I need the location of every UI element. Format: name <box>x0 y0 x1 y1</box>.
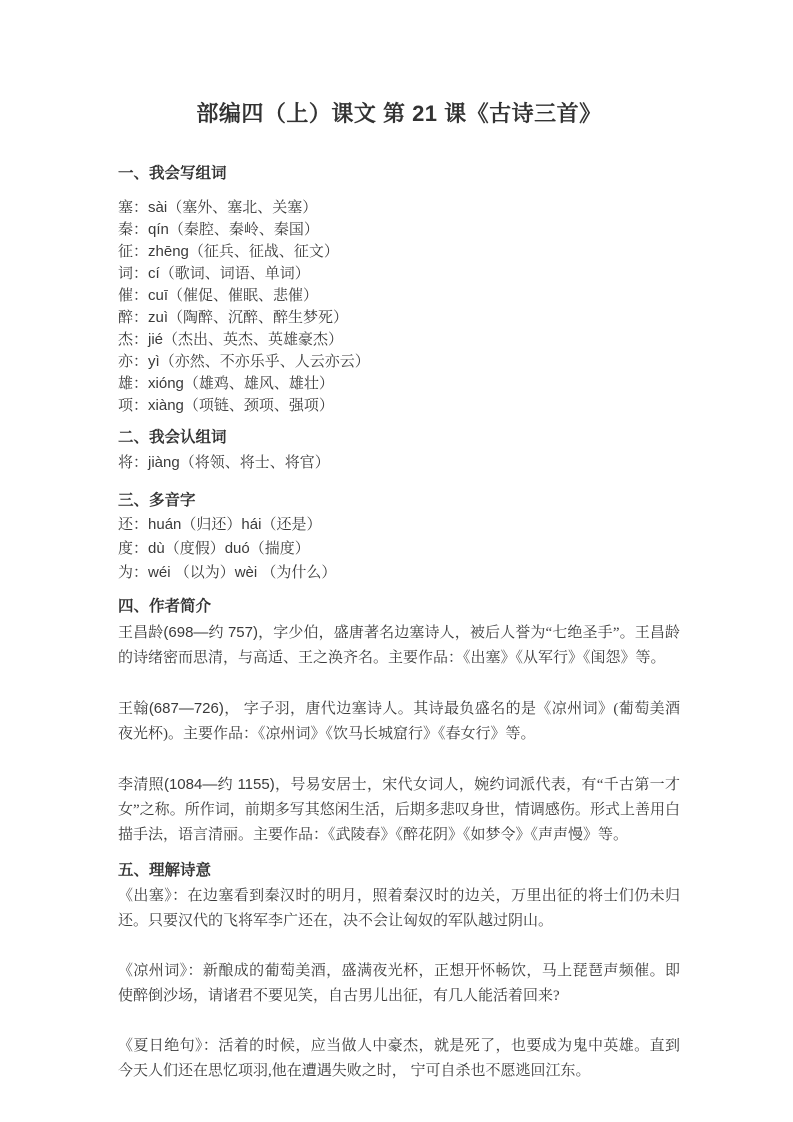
entry-pinyin: zhēng <box>148 243 189 260</box>
entry-pinyin: huán <box>148 516 181 533</box>
section-heading: 四、作者简介 <box>118 596 680 617</box>
entry-char: 还： <box>118 517 148 533</box>
author-name: 王翰 <box>118 701 149 717</box>
entry-char: 词： <box>118 266 148 282</box>
word-entry: 秦：qín（秦腔、秦岭、秦国） <box>118 219 680 241</box>
author-name: 王昌龄 <box>118 625 163 641</box>
author-dates: (687—726) <box>149 700 224 717</box>
entry-words: （项链、颈项、强项） <box>184 398 334 414</box>
word-entry: 词：cí（歌词、词语、单词） <box>118 263 680 285</box>
entry-pinyin: qín <box>148 221 169 238</box>
entry-pinyin: xiàng <box>148 397 184 414</box>
entry-char: 催： <box>118 288 148 304</box>
entry-char: 杰： <box>118 332 148 348</box>
entry-words: （将领、将士、将官） <box>180 455 330 471</box>
section-heading: 二、我会认组词 <box>118 427 680 448</box>
entry-pinyin: dù <box>148 540 165 557</box>
section-write-words: 一、我会写组词 塞：sài（塞外、塞北、关塞） 秦：qín（秦腔、秦岭、秦国） … <box>118 163 680 417</box>
entry-pinyin: cí <box>148 265 160 282</box>
author-name: 李清照 <box>118 777 164 793</box>
entry-char: 塞： <box>118 200 148 216</box>
entry-words: （雄鸡、雄风、雄壮） <box>184 376 334 392</box>
section-heading: 三、多音字 <box>118 490 680 511</box>
entry-pinyin: jié <box>148 331 163 348</box>
entry-words: （塞外、塞北、关塞） <box>167 200 317 216</box>
word-entry-list: 将：jiàng（将领、将士、将官） <box>118 452 680 474</box>
entry-pinyin: zuì <box>148 309 168 326</box>
poem-meaning-paragraph: 《出塞》：在边塞看到秦汉时的明月，照着秦汉时的边关，万里出征的将士们仍未归还。只… <box>118 884 680 934</box>
entry-char: 秦： <box>118 222 148 238</box>
word-entry: 亦：yì（亦然、不亦乐乎、人云亦云） <box>118 351 680 373</box>
word-entry: 塞：sài（塞外、塞北、关塞） <box>118 197 680 219</box>
word-entry-list: 还：huán（归还）hái（还是） 度：dù（度假）duó（揣度） 为：wéi … <box>118 513 680 585</box>
entry-pinyin: wéi <box>148 564 175 581</box>
section-poem-meanings: 五、理解诗意 《出塞》：在边塞看到秦汉时的明月，照着秦汉时的边关，万里出征的将士… <box>118 860 680 1084</box>
entry-char: 征： <box>118 244 148 260</box>
section-heading: 一、我会写组词 <box>118 163 680 184</box>
polyphone-entry: 度：dù（度假）duó（揣度） <box>118 537 680 561</box>
entry-words: （还是） <box>261 517 321 533</box>
entry-char: 亦： <box>118 354 148 370</box>
entry-pinyin: duó <box>225 540 250 557</box>
entry-pinyin: jiàng <box>148 454 180 471</box>
entry-words: （征兵、征战、征文） <box>189 244 339 260</box>
author-paragraph: 王翰(687—726)， 字子羽，唐代边塞诗人。其诗最负盛名的是《凉州词》(葡萄… <box>118 696 680 747</box>
entry-pinyin: xióng <box>148 375 184 392</box>
entry-words: （揣度） <box>250 541 310 557</box>
entry-words: （秦腔、秦岭、秦国） <box>169 222 319 238</box>
word-entry: 杰：jié（杰出、英杰、英雄豪杰） <box>118 329 680 351</box>
entry-pinyin: hái <box>241 516 261 533</box>
entry-pinyin: yì <box>148 353 160 370</box>
word-entry: 将：jiàng（将领、将士、将官） <box>118 452 680 474</box>
entry-char: 项： <box>118 398 148 414</box>
poem-meaning-paragraph: 《夏日绝句》：活着的时候，应当做人中豪杰，就是死了，也要成为鬼中英雄。直到今天人… <box>118 1034 680 1084</box>
word-entry: 催：cuī（催促、催眠、悲催） <box>118 285 680 307</box>
section-recognize-words: 二、我会认组词 将：jiàng（将领、将士、将官） <box>118 427 680 474</box>
word-entry: 雄：xióng（雄鸡、雄风、雄壮） <box>118 373 680 395</box>
author-paragraph: 李清照(1084—约 1155)，号易安居士，宋代女词人，婉约词派代表，有“千古… <box>118 772 680 848</box>
entry-char: 雄： <box>118 376 148 392</box>
entry-words: （杰出、英杰、英雄豪杰） <box>163 332 343 348</box>
author-paragraph: 王昌龄(698—约 757)，字少伯，盛唐著名边塞诗人，被后人誉为“七绝圣手”。… <box>118 620 680 671</box>
polyphone-entry: 为：wéi （以为）wèi （为什么） <box>118 561 680 585</box>
word-entry-list: 塞：sài（塞外、塞北、关塞） 秦：qín（秦腔、秦岭、秦国） 征：zhēng（… <box>118 197 680 417</box>
section-author-bios: 四、作者简介 王昌龄(698—约 757)，字少伯，盛唐著名边塞诗人，被后人誉为… <box>118 596 680 848</box>
entry-words: （催促、催眠、悲催） <box>168 288 318 304</box>
entry-words: （歌词、词语、单词） <box>160 266 310 282</box>
entry-pinyin: cuī <box>148 287 168 304</box>
section-heading: 五、理解诗意 <box>118 860 680 881</box>
entry-pinyin: wèi <box>235 564 262 581</box>
entry-words: （亦然、不亦乐乎、人云亦云） <box>160 354 370 370</box>
author-dates: (1084—约 1155) <box>164 776 275 793</box>
entry-words: （以为） <box>175 565 235 581</box>
entry-words: （为什么） <box>261 565 336 581</box>
entry-words: （归还） <box>181 517 241 533</box>
entry-char: 为： <box>118 565 148 581</box>
document-page: 部编四（上）课文 第 21 课《古诗三首》 一、我会写组词 塞：sài（塞外、塞… <box>0 0 793 1122</box>
author-dates: (698—约 757) <box>163 624 258 641</box>
word-entry: 征：zhēng（征兵、征战、征文） <box>118 241 680 263</box>
entry-char: 度： <box>118 541 148 557</box>
polyphone-entry: 还：huán（归还）hái（还是） <box>118 513 680 537</box>
word-entry: 项：xiàng（项链、颈项、强项） <box>118 395 680 417</box>
page-title: 部编四（上）课文 第 21 课《古诗三首》 <box>118 99 680 129</box>
section-polyphones: 三、多音字 还：huán（归还）hái（还是） 度：dù（度假）duó（揣度） … <box>118 490 680 585</box>
entry-words: （陶醉、沉醉、醉生梦死） <box>168 310 348 326</box>
poem-meaning-paragraph: 《凉州词》：新酿成的葡萄美酒，盛满夜光杯，正想开怀畅饮，马上琵琶声频催。即使醉倒… <box>118 959 680 1009</box>
entry-char: 将： <box>118 455 148 471</box>
entry-char: 醉： <box>118 310 148 326</box>
entry-words: （度假） <box>165 541 225 557</box>
entry-pinyin: sài <box>148 199 167 216</box>
word-entry: 醉：zuì（陶醉、沉醉、醉生梦死） <box>118 307 680 329</box>
